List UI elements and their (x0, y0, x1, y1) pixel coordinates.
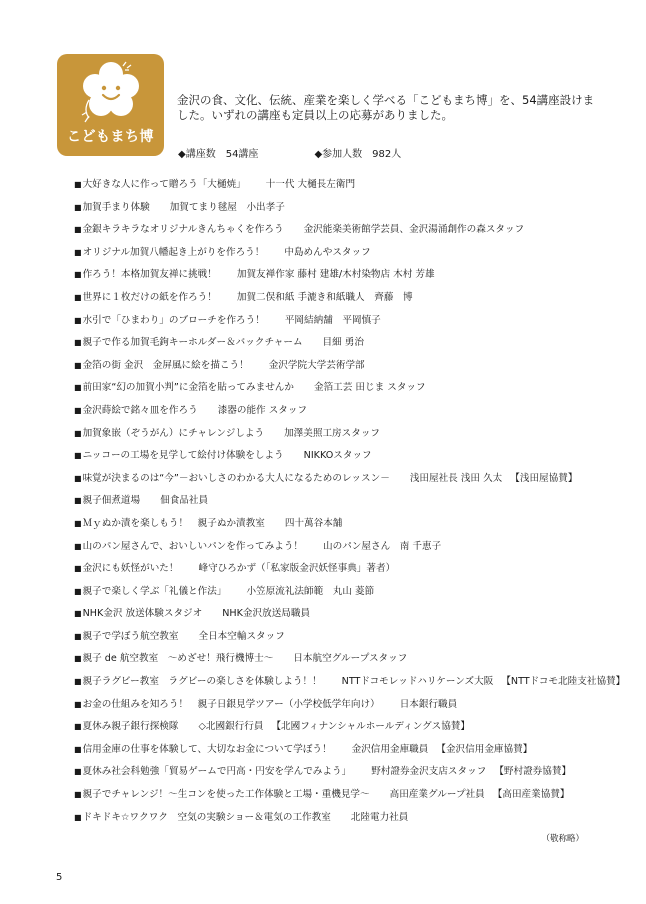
course-instructor: 十一代 大樋長左衛門 (266, 179, 355, 191)
course-title: 加賀象嵌（ぞうがん）にチャレンジしよう (83, 428, 265, 440)
square-bullet-icon: ■ (74, 563, 82, 575)
course-title: 親子ラグビー教室 ラグビーの楽しさを体験しよう！！ (83, 676, 322, 688)
square-bullet-icon: ■ (74, 224, 82, 236)
course-instructor: NIKKOスタッフ (304, 450, 372, 462)
course-title: 親子で楽しく学ぶ「礼儀と作法」 (83, 586, 227, 598)
list-item: ■親子で楽しく学ぶ「礼儀と作法」小笠原流礼法師範 丸山 菱節 (74, 586, 614, 609)
list-item: ■金箔の街 金沢 金屏風に絵を描こう！金沢学院大学芸術学部 (74, 360, 614, 383)
course-title: お金の仕組みを知ろう！ 親子日銀見学ツアー（小学校低学年向け） (83, 699, 380, 711)
list-item: ■オリジナル加賀八幡起き上がりを作ろう！中島めんやスタッフ (74, 247, 614, 270)
list-item: ■作ろう！本格加賀友禅に挑戦！加賀友禅作家 藤村 建雄/木村染物店 木村 芳雄 (74, 269, 614, 292)
course-title: 金沢蒔絵で銘々皿を作ろう (83, 405, 198, 417)
logo-text: こどもまち博 (57, 126, 164, 146)
list-item: ■親子でチャレンジ！～生コンを使った工作体験と工場・重機見学～高田産業グループ社… (74, 789, 614, 812)
course-sponsor: 【NTTドコモ北陸支社協賛】 (501, 676, 625, 688)
list-item: ■加賀象嵌（ぞうがん）にチャレンジしよう加澤美照工房スタッフ (74, 428, 614, 451)
course-title: 金沢にも妖怪がいた！ (83, 563, 179, 575)
course-title: 親子で学ぼう航空教室 (83, 631, 179, 643)
course-title: 夏休み社会科勉強「貿易ゲームで円高・円安を学んでみよう」 (83, 766, 352, 778)
course-instructor: 山のパン屋さん 南 千恵子 (323, 541, 441, 553)
course-title: 親子でチャレンジ！～生コンを使った工作体験と工場・重機見学～ (83, 789, 370, 801)
list-item: ■親子 de 航空教室 ～めざせ！飛行機博士～日本航空グループスタッフ (74, 653, 614, 676)
list-item: ■山のパン屋さんで、おいしいパンを作ってみよう！山のパン屋さん 南 千恵子 (74, 541, 614, 564)
course-sponsor: 【高田産業協賛】 (493, 789, 570, 801)
square-bullet-icon: ■ (74, 518, 82, 530)
course-instructor: 加賀友禅作家 藤村 建雄/木村染物店 木村 芳雄 (237, 269, 435, 281)
course-sponsor: 【野村證券協賛】 (494, 766, 571, 778)
list-item: ■金銀キラキラなオリジナルきんちゃくを作ろう金沢能楽美術館学芸員、金沢湯涌創作の… (74, 224, 614, 247)
course-title: 金箔の街 金沢 金屏風に絵を描こう！ (83, 360, 249, 372)
list-item: ■お金の仕組みを知ろう！ 親子日銀見学ツアー（小学校低学年向け）日本銀行職員 (74, 699, 614, 722)
course-instructor: 加賀二俣和紙 手漉き和紙職人 齊藤 博 (237, 292, 413, 304)
square-bullet-icon: ■ (74, 337, 82, 349)
course-instructor: 中島めんやスタッフ (284, 247, 370, 259)
course-instructor: 全日本空輸スタッフ (199, 631, 285, 643)
list-item: ■水引で「ひまわり」のブローチを作ろう！平岡結納舗 平岡慎子 (74, 315, 614, 338)
square-bullet-icon: ■ (74, 382, 82, 394)
course-title: 山のパン屋さんで、おいしいパンを作ってみよう！ (83, 541, 303, 553)
course-title: 親子佃煮道場 (83, 495, 141, 507)
course-title: NHK金沢 放送体験スタジオ (83, 608, 203, 620)
list-item: ■前田家“幻の加賀小判”に金箔を貼ってみませんか金箔工芸 田じま スタッフ (74, 382, 614, 405)
square-bullet-icon: ■ (74, 473, 82, 485)
square-bullet-icon: ■ (74, 586, 82, 598)
course-title: ドキドキ☆ワクワク 空気の実験ショー＆電気の工作教室 (83, 812, 331, 824)
course-instructor: NTTドコモレッドハリケーンズ大阪 (342, 676, 494, 688)
list-item: ■NHK金沢 放送体験スタジオNHK金沢放送局職員 (74, 608, 614, 631)
square-bullet-icon: ■ (74, 405, 82, 417)
stat-participant-count: ◆参加人数 982人 (314, 145, 401, 160)
square-bullet-icon: ■ (74, 812, 82, 824)
course-instructor: 金沢能楽美術館学芸員、金沢湯涌創作の森スタッフ (304, 224, 525, 236)
stats-row: ◆講座数 54講座 ◆参加人数 982人 (178, 145, 401, 160)
course-title: 信用金庫の仕事を体験して、大切なお金について学ぼう！ (83, 744, 332, 756)
square-bullet-icon: ■ (74, 541, 82, 553)
stat-value: 982人 (372, 145, 401, 160)
course-instructor: 日本銀行職員 (400, 699, 458, 711)
course-title: 親子で作る加賀毛鉤キーホルダー＆バックチャーム (83, 337, 303, 349)
square-bullet-icon: ■ (74, 631, 82, 643)
course-title: 大好きな人に作って贈ろう「大樋焼」 (83, 179, 246, 191)
square-bullet-icon: ■ (74, 608, 82, 620)
square-bullet-icon: ■ (74, 202, 82, 214)
list-item: ■世界に１枚だけの紙を作ろう！加賀二俣和紙 手漉き和紙職人 齊藤 博 (74, 292, 614, 315)
list-item: ■信用金庫の仕事を体験して、大切なお金について学ぼう！金沢信用金庫職員【金沢信用… (74, 744, 614, 767)
square-bullet-icon: ■ (74, 315, 82, 327)
course-title: 金銀キラキラなオリジナルきんちゃくを作ろう (83, 224, 284, 236)
course-instructor: 加澤美照工房スタッフ (284, 428, 380, 440)
course-instructor: 浅田屋社長 浅田 久太 (410, 473, 502, 485)
square-bullet-icon: ■ (74, 721, 82, 733)
square-bullet-icon: ■ (74, 292, 82, 304)
list-item: ■ニッコーの工場を見学して絵付け体験をしようNIKKOスタッフ (74, 450, 614, 473)
course-instructor: 加賀てまり毬屋 小出孝子 (170, 202, 285, 214)
square-bullet-icon: ■ (74, 495, 82, 507)
list-item: ■親子で作る加賀毛鉤キーホルダー＆バックチャーム目細 勇治 (74, 337, 614, 360)
list-item: ■金沢にも妖怪がいた！峰守ひろかず（「私家版金沢妖怪事典」著者） (74, 563, 614, 586)
intro-paragraph: 金沢の食、文化、伝統、産業を楽しく学べる「こどもまち博」を、54講座設けました。… (177, 93, 597, 123)
square-bullet-icon: ■ (74, 766, 82, 778)
square-bullet-icon: ■ (74, 428, 82, 440)
square-bullet-icon: ■ (74, 653, 82, 665)
course-title: 夏休み親子銀行探検隊 (83, 721, 179, 733)
stat-value: 54講座 (226, 145, 259, 160)
course-instructor: 峰守ひろかず（「私家版金沢妖怪事典」著者） (199, 563, 396, 575)
list-item: ■夏休み親子銀行探検隊◇北國銀行行員【北國フィナンシャルホールディングス協賛】 (74, 721, 614, 744)
course-title: 作ろう！本格加賀友禅に挑戦！ (83, 269, 217, 281)
course-title: Ｍｙぬか漬を楽しもう！ 親子ぬか漬教室 (83, 518, 265, 530)
square-bullet-icon: ■ (74, 699, 82, 711)
page-number: 5 (56, 872, 62, 883)
smiling-flower-icon (79, 60, 143, 128)
course-list: ■大好きな人に作って贈ろう「大樋焼」十一代 大樋長左衛門■加賀手まり体験加賀てま… (74, 179, 614, 834)
course-sponsor: 【北國フィナンシャルホールディングス協賛】 (271, 721, 470, 733)
course-instructor: 金沢信用金庫職員 (352, 744, 429, 756)
course-instructor: 四十萬谷本舗 (285, 518, 343, 530)
course-instructor: 北陸電力社員 (351, 812, 409, 824)
course-title: 世界に１枚だけの紙を作ろう！ (83, 292, 217, 304)
course-title: 味覚が決まるのは“今”－おいしさのわかる大人になるためのレッスン－ (83, 473, 390, 485)
course-title: オリジナル加賀八幡起き上がりを作ろう！ (83, 247, 265, 259)
square-bullet-icon: ■ (74, 789, 82, 801)
square-bullet-icon: ■ (74, 247, 82, 259)
kodomo-machihaku-logo: こどもまち博 (57, 54, 164, 156)
square-bullet-icon: ■ (74, 450, 82, 462)
square-bullet-icon: ■ (74, 676, 82, 688)
course-title: 親子 de 航空教室 ～めざせ！飛行機博士～ (83, 653, 274, 665)
course-instructor: 高田産業グループ社員 (390, 789, 485, 801)
course-sponsor: 【金沢信用金庫協賛】 (436, 744, 532, 756)
course-instructor: 平岡結納舗 平岡慎子 (285, 315, 381, 327)
honorific-note: （敬称略） (541, 832, 584, 844)
course-sponsor: 【浅田屋協賛】 (510, 473, 577, 485)
stat-course-count: ◆講座数 54講座 (178, 145, 258, 160)
course-instructor: 金沢学院大学芸術学部 (269, 360, 365, 372)
square-bullet-icon: ■ (74, 360, 82, 372)
stat-label: ◆講座数 (178, 145, 216, 160)
list-item: ■味覚が決まるのは“今”－おいしさのわかる大人になるためのレッスン－浅田屋社長 … (74, 473, 614, 496)
course-title: 加賀手まり体験 (83, 202, 150, 214)
course-instructor: ◇北國銀行行員 (199, 721, 264, 733)
course-title: 前田家“幻の加賀小判”に金箔を貼ってみませんか (83, 382, 294, 394)
course-title: ニッコーの工場を見学して絵付け体験をしよう (83, 450, 284, 462)
list-item: ■Ｍｙぬか漬を楽しもう！ 親子ぬか漬教室四十萬谷本舗 (74, 518, 614, 541)
square-bullet-icon: ■ (74, 269, 82, 281)
list-item: ■ドキドキ☆ワクワク 空気の実験ショー＆電気の工作教室北陸電力社員 (74, 812, 614, 835)
course-instructor: 小笠原流礼法師範 丸山 菱節 (246, 586, 374, 598)
course-title: 水引で「ひまわり」のブローチを作ろう！ (83, 315, 265, 327)
course-instructor: 日本航空グループスタッフ (293, 653, 407, 665)
list-item: ■親子佃煮道場佃食品社員 (74, 495, 614, 518)
list-item: ■大好きな人に作って贈ろう「大樋焼」十一代 大樋長左衛門 (74, 179, 614, 202)
list-item: ■夏休み社会科勉強「貿易ゲームで円高・円安を学んでみよう」野村證券金沢支店スタッ… (74, 766, 614, 789)
course-instructor: 金箔工芸 田じま スタッフ (314, 382, 426, 394)
square-bullet-icon: ■ (74, 179, 82, 191)
square-bullet-icon: ■ (74, 744, 82, 756)
course-instructor: 佃食品社員 (160, 495, 208, 507)
list-item: ■親子で学ぼう航空教室全日本空輸スタッフ (74, 631, 614, 654)
course-instructor: 目細 勇治 (323, 337, 364, 349)
course-instructor: 野村證券金沢支店スタッフ (371, 766, 486, 778)
course-instructor: 漆器の能作 スタッフ (218, 405, 307, 417)
list-item: ■親子ラグビー教室 ラグビーの楽しさを体験しよう！！NTTドコモレッドハリケーン… (74, 676, 614, 699)
list-item: ■金沢蒔絵で銘々皿を作ろう漆器の能作 スタッフ (74, 405, 614, 428)
list-item: ■加賀手まり体験加賀てまり毬屋 小出孝子 (74, 202, 614, 225)
stat-label: ◆参加人数 (314, 145, 362, 160)
course-instructor: NHK金沢放送局職員 (222, 608, 310, 620)
